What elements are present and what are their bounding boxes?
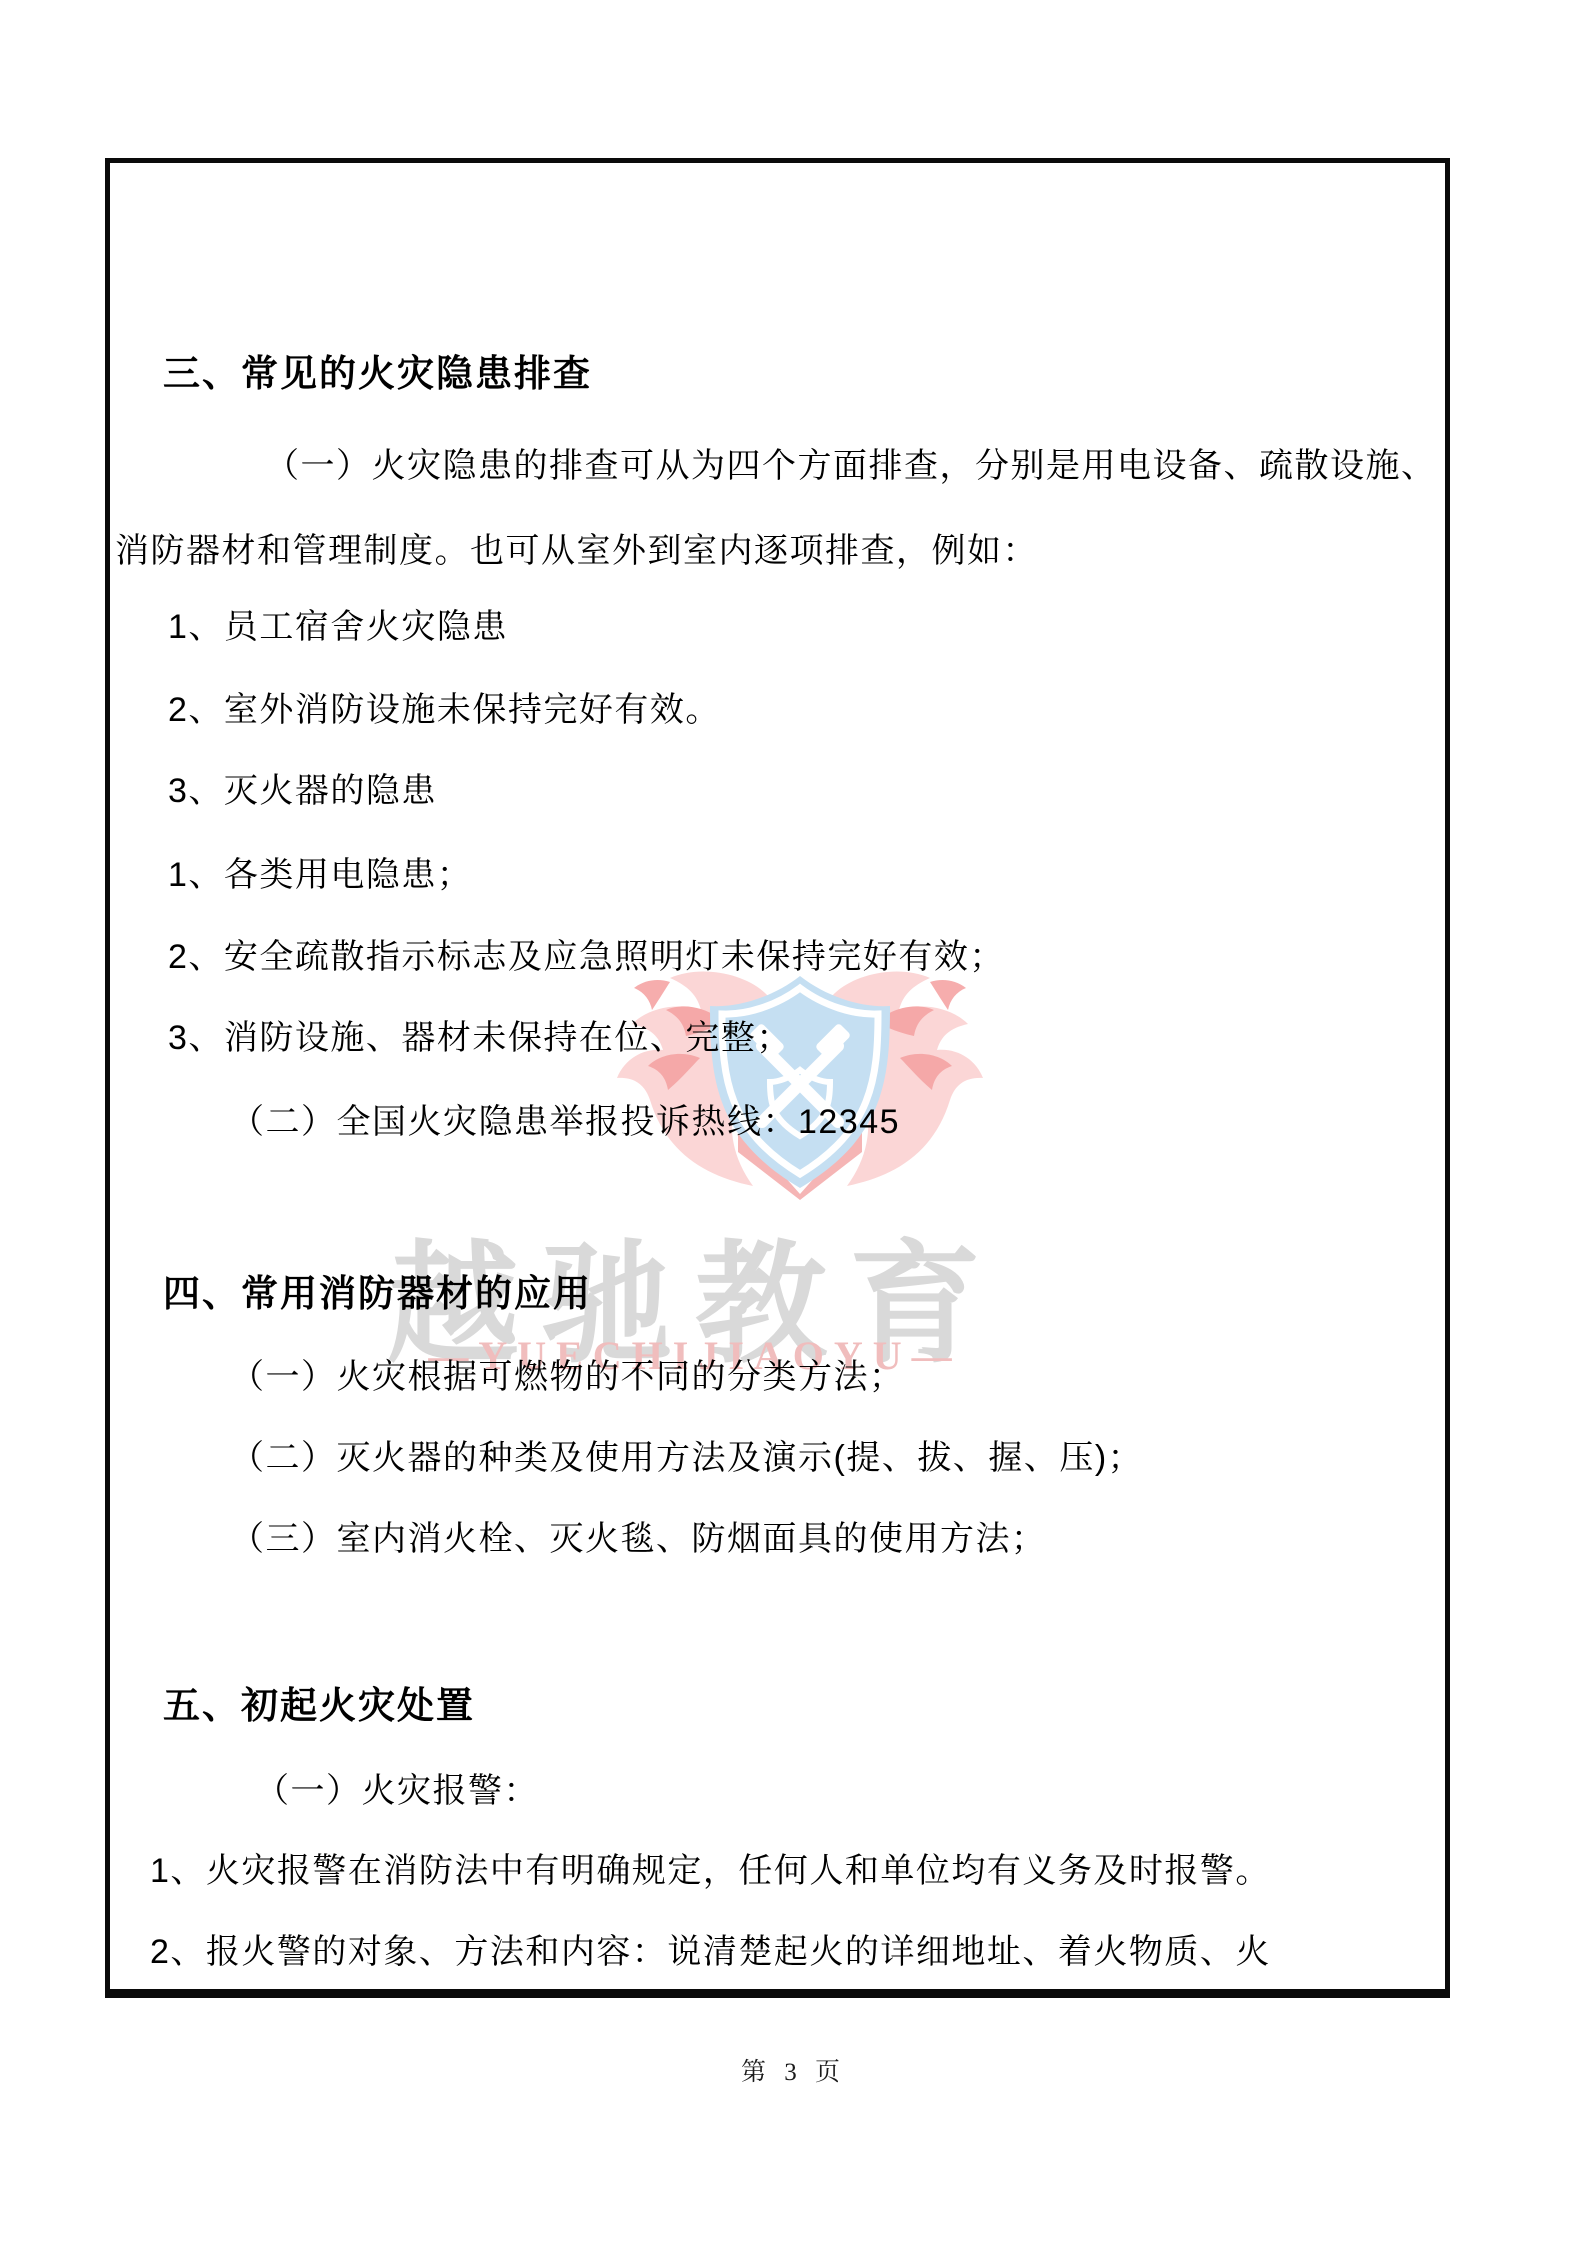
section-heading-initial-fire-handling: 五、初起火灾处置 (163, 1684, 475, 1728)
list-item-alarm-content: 2、报火警的对象、方法和内容：说清楚起火的详细地址、着火物质、火 (150, 1932, 1271, 1973)
list-item-extinguisher-hazard: 3、灭火器的隐患 (168, 771, 437, 812)
page-number: 第 3 页 (0, 2052, 1587, 2088)
para-report-hotline: （二）全国火灾隐患举报投诉热线：12345 (230, 1102, 900, 1143)
document-page: 越驰教育 —YUECHIJIAOYU— 三、常见的火灾隐患排查 （一）火灾隐患的… (0, 0, 1587, 2245)
list-item-fire-classification: （一）火灾根据可燃物的不同的分类方法； (230, 1357, 905, 1398)
list-item-equipment-hazard: 3、消防设施、器材未保持在位、完整； (168, 1018, 792, 1059)
list-item-dormitory-hazard: 1、员工宿舍火灾隐患 (168, 607, 508, 648)
para-fire-alarm: （一）火灾报警： (255, 1771, 539, 1812)
list-item-exit-sign-hazard: 2、安全疏散指示标志及应急照明灯未保持完好有效； (168, 937, 1005, 978)
para-hazard-check-line1: （一）火灾隐患的排查可从为四个方面排查，分别是用电设备、疏散设施、 (265, 446, 1437, 487)
section-heading-fire-equipment: 四、常用消防器材的应用 (163, 1272, 592, 1316)
list-item-extinguisher-usage: （二）灭火器的种类及使用方法及演示(提、拔、握、压)； (230, 1438, 1143, 1479)
section-heading-common-hazard-check: 三、常见的火灾隐患排查 (163, 352, 592, 396)
para-hazard-check-line2: 消防器材和管理制度。也可从室外到室内逐项排查，例如： (115, 531, 1038, 572)
list-item-alarm-obligation: 1、火灾报警在消防法中有明确规定，任何人和单位均有义务及时报警。 (150, 1851, 1271, 1892)
list-item-electric-hazard: 1、各类用电隐患； (168, 855, 472, 896)
list-item-hydrant-blanket-mask: （三）室内消火栓、灭火毯、防烟面具的使用方法； (230, 1519, 1047, 1560)
list-item-outdoor-facility: 2、室外消防设施未保持完好有效。 (168, 690, 721, 731)
brand-logo-icon (600, 962, 1000, 1200)
